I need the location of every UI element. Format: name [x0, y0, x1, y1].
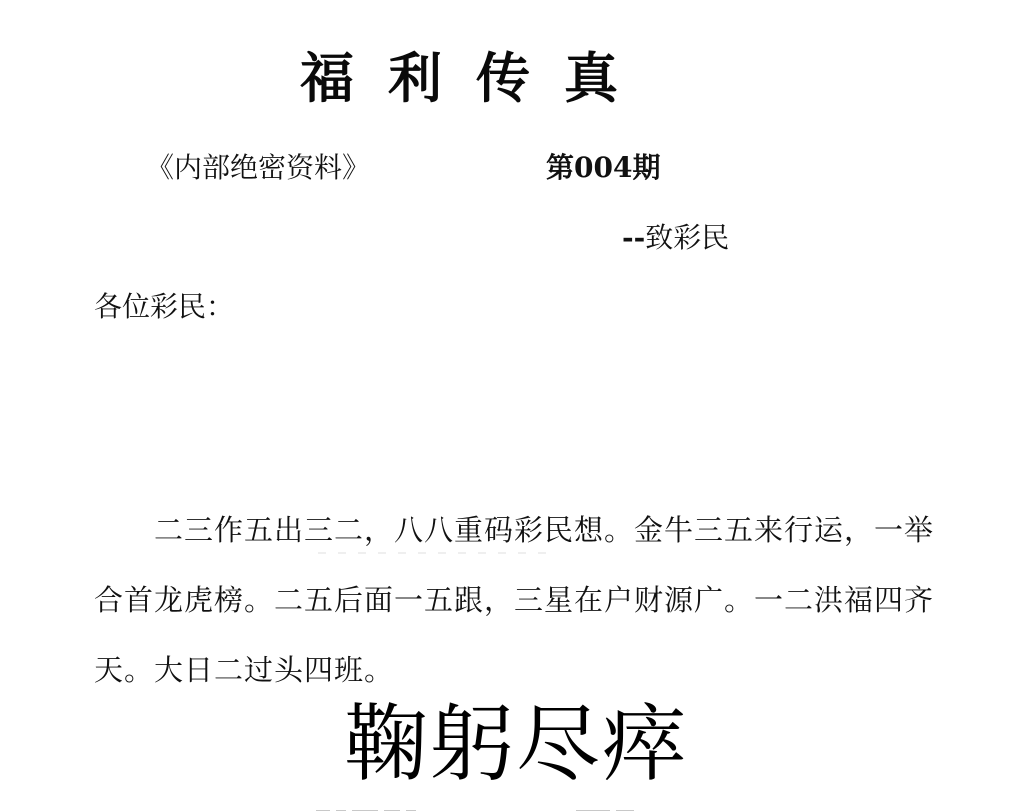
- addressee-line: --致彩民: [622, 218, 729, 258]
- salutation: 各位彩民：: [94, 287, 234, 327]
- cut-off-text-line: [316, 803, 696, 811]
- fax-document-page: 福利传真 《内部绝密资料》 第004期 --致彩民 各位彩民： 二三作五出三二，…: [0, 0, 1024, 811]
- issue-number: 第004期: [546, 148, 660, 188]
- addressee-dashes: --: [622, 221, 645, 254]
- document-subtitle: 《内部绝密资料》: [146, 148, 370, 188]
- closing-big-characters: 鞠躬尽瘁: [344, 696, 688, 792]
- body-paragraph: 二三作五出三二，八八重码彩民想。金牛三五来行运，一举合首龙虎榜。二五后面一五跟，…: [94, 495, 944, 705]
- document-title: 福利传真: [300, 44, 630, 114]
- addressee-text: 致彩民: [645, 221, 729, 254]
